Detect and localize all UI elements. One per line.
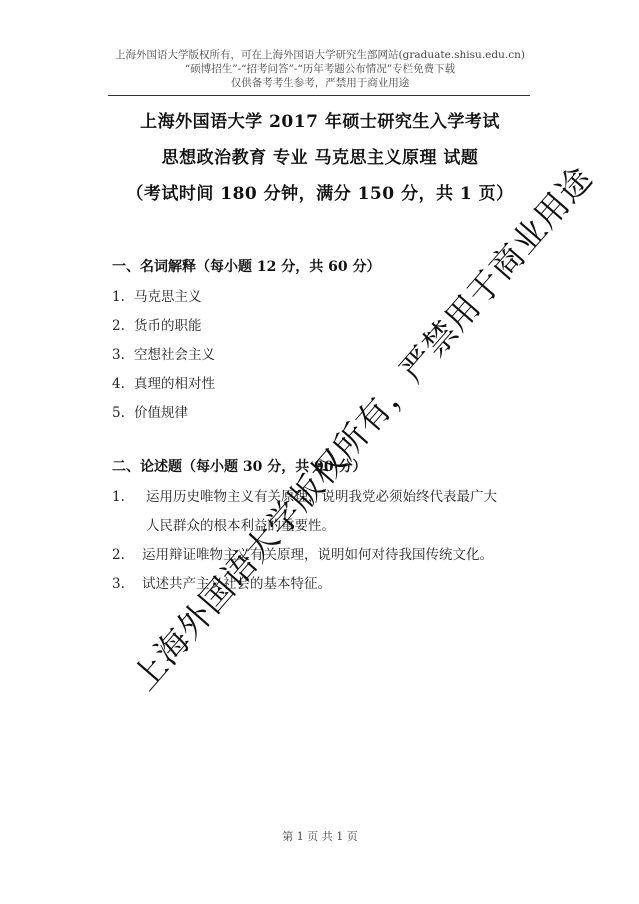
question-item: 3.试述共产主义社会的基本特征。 (112, 570, 542, 599)
question-number: 4. (112, 370, 134, 399)
page-footer: 第 1 页 共 1 页 (220, 828, 420, 844)
question-text: 货币的职能 (134, 318, 202, 334)
question-number: 1. (112, 283, 134, 312)
title-exam-info: （考试时间 180 分钟，满分 150 分，共 1 页） (100, 176, 540, 212)
question-text: 空想社会主义 (134, 347, 215, 363)
header-line-2: “硕博招生”-“招考问答”-“历年考题公布情况”专栏免费下载 (100, 62, 540, 76)
question-text: 真理的相对性 (134, 376, 215, 392)
question-item: 5.价值规律 (112, 399, 542, 428)
question-item: 2.货币的职能 (112, 312, 542, 341)
question-text: 马克思主义 (134, 289, 202, 305)
question-item: 1.运用历史唯物主义有关原理，说明我党必须始终代表最广大 (112, 483, 542, 512)
header-line-3: 仅供备考考生参考，严禁用于商业用途 (100, 76, 540, 90)
section-term-definitions: 一、名词解释（每小题 12 分，共 60 分） 1.马克思主义 2.货币的职能 … (112, 254, 542, 428)
title-university-year: 上海外国语大学 2017 年硕士研究生入学考试 (100, 104, 540, 140)
question-text: 运用历史唯物主义有关原理，说明我党必须始终代表最广大 (146, 489, 497, 505)
question-item: 1.马克思主义 (112, 283, 542, 312)
exam-title: 上海外国语大学 2017 年硕士研究生入学考试 思想政治教育 专业 马克思主义原… (100, 104, 540, 212)
question-number: 3. (112, 570, 142, 599)
question-text: 运用辩证唯物主义有关原理，说明如何对待我国传统文化。 (142, 547, 493, 563)
question-number: 2. (112, 312, 134, 341)
header-line-1: 上海外国语大学版权所有，可在上海外国语大学研究生部网站(graduate.shi… (100, 48, 540, 62)
question-number: 1. (112, 483, 146, 512)
question-text: 试述共产主义社会的基本特征。 (142, 576, 331, 592)
header-divider (108, 95, 530, 96)
title-subject: 思想政治教育 专业 马克思主义原理 试题 (100, 140, 540, 176)
question-item: 4.真理的相对性 (112, 370, 542, 399)
section-essay-questions: 二、论述题（每小题 30 分，共 90 分） 1.运用历史唯物主义有关原理，说明… (112, 454, 542, 599)
copyright-header: 上海外国语大学版权所有，可在上海外国语大学研究生部网站(graduate.shi… (100, 48, 540, 90)
question-number: 2. (112, 541, 142, 570)
section-heading: 一、名词解释（每小题 12 分，共 60 分） (112, 254, 542, 280)
exam-page: 上海外国语大学版权所有，可在上海外国语大学研究生部网站(graduate.shi… (0, 0, 639, 904)
question-number: 3. (112, 341, 134, 370)
question-number: 5. (112, 399, 134, 428)
question-text: 价值规律 (134, 405, 188, 421)
section-heading: 二、论述题（每小题 30 分，共 90 分） (112, 454, 542, 480)
question-continuation: 人民群众的根本利益的重要性。 (112, 512, 542, 541)
question-item: 3.空想社会主义 (112, 341, 542, 370)
question-item: 2.运用辩证唯物主义有关原理，说明如何对待我国传统文化。 (112, 541, 542, 570)
